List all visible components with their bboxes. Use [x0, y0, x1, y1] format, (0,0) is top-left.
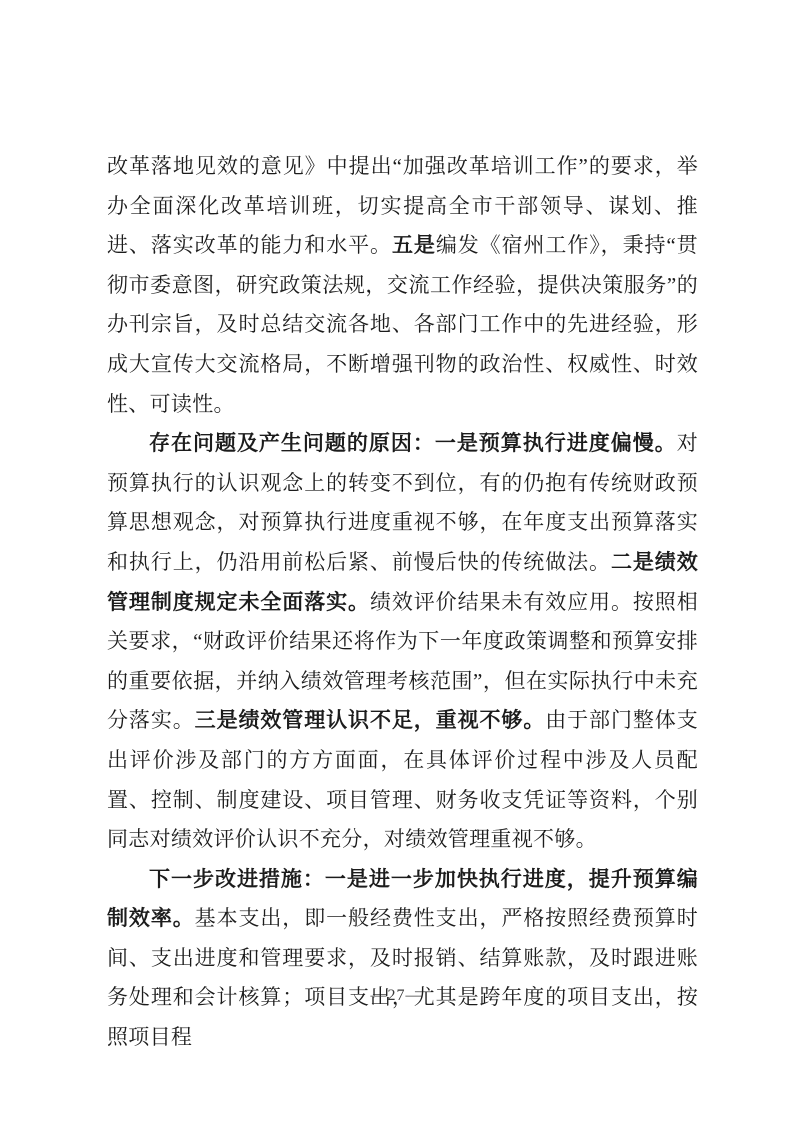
paragraph-continued: 改革落地见效的意见》中提出“加强改革培训工作”的要求，举办全面深化改革培训班，切…: [107, 147, 698, 424]
bold-text-run: 三是绩效管理认识不足，重视不够。: [195, 708, 546, 732]
document-body: 改革落地见效的意见》中提出“加强改革培训工作”的要求，举办全面深化改革培训班，切…: [107, 147, 698, 1058]
page-number: —27—: [0, 986, 793, 1006]
bold-text-run: 存在问题及产生问题的原因：一是预算执行进度偏慢。: [149, 431, 677, 455]
bold-text-run: 五是: [392, 233, 436, 257]
paragraph-problems: 存在问题及产生问题的原因：一是预算执行进度偏慢。对预算执行的认识观念上的转变不到…: [107, 424, 698, 860]
text-run: 编发《宿州工作》，秉持“贯彻市委意图，研究政策法规，交流工作经验，提供决策服务”…: [107, 233, 698, 415]
document-page: 改革落地见效的意见》中提出“加强改革培训工作”的要求，举办全面深化改革培训班，切…: [0, 0, 793, 1122]
paragraph-next-steps: 下一步改进措施：一是进一步加快执行进度，提升预算编制效率。基本支出，即一般经费性…: [107, 860, 698, 1058]
text-run: 基本支出，即一般经费性支出，严格按照经费预算时间、支出进度和管理要求，及时报销、…: [107, 906, 698, 1049]
